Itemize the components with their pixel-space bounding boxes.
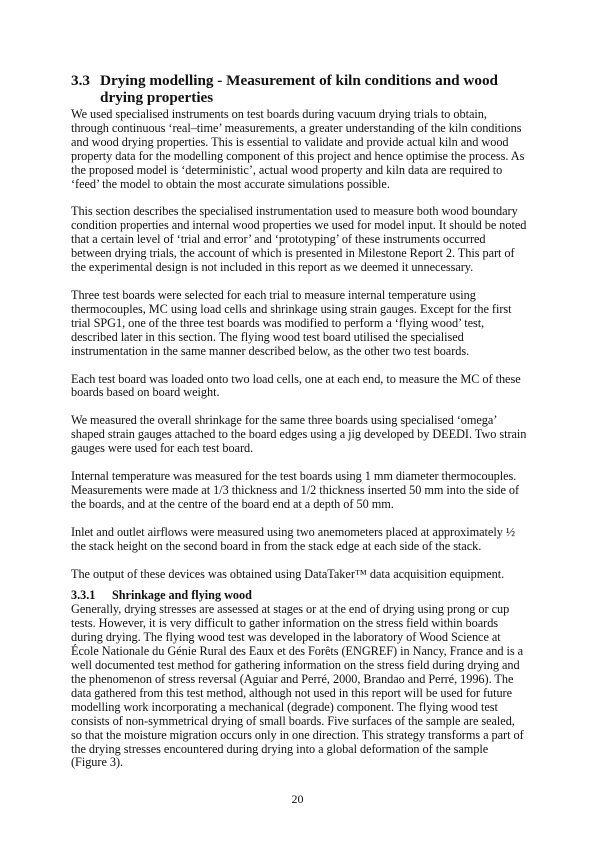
paragraph-thermocouples: Internal temperature was measured for th… <box>71 470 527 512</box>
section-number: 3.3 <box>71 72 100 106</box>
section-title: Drying modelling - Measurement of kiln c… <box>100 72 527 106</box>
paragraph-strain-gauges: We measured the overall shrinkage for th… <box>71 414 527 456</box>
subsection-title: Shrinkage and flying wood <box>112 588 252 602</box>
paragraph-anemometers: Inlet and outlet airflows were measured … <box>71 526 527 554</box>
paragraph-datataker: The output of these devices was obtained… <box>71 568 527 582</box>
subsection-heading: 3.3.1 Shrinkage and flying wood <box>71 588 527 602</box>
paragraph-test-boards: Three test boards were selected for each… <box>71 289 527 359</box>
paragraph-flying-wood: Generally, drying stresses are assessed … <box>71 603 527 770</box>
document-page: 3.3 Drying modelling - Measurement of ki… <box>0 0 595 842</box>
paragraph-instrumentation: This section describes the specialised i… <box>71 205 527 275</box>
page-content: 3.3 Drying modelling - Measurement of ki… <box>71 72 527 784</box>
subsection-number: 3.3.1 <box>71 588 112 602</box>
paragraph-load-cells: Each test board was loaded onto two load… <box>71 373 527 401</box>
paragraph-intro: We used specialised instruments on test … <box>71 108 527 191</box>
section-heading: 3.3 Drying modelling - Measurement of ki… <box>71 72 527 106</box>
page-number: 20 <box>0 792 595 807</box>
